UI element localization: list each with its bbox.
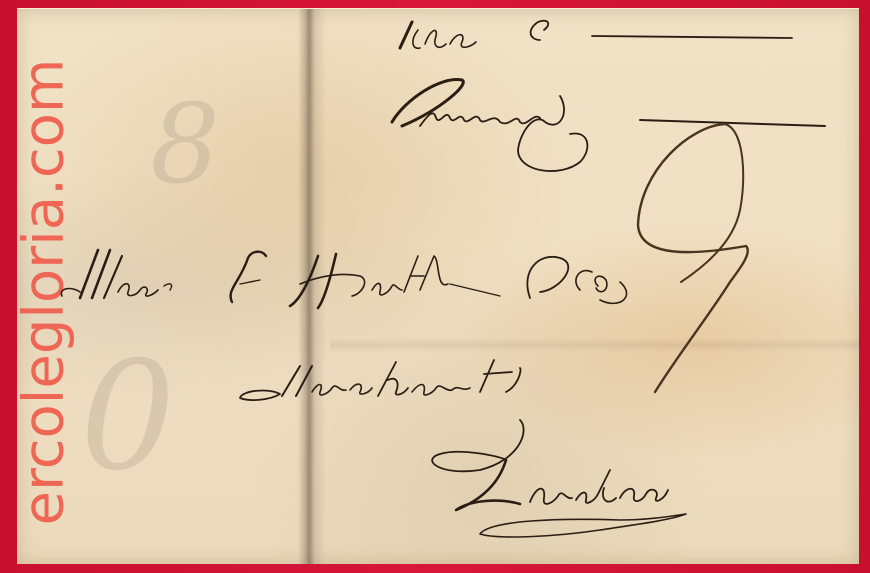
handwriting-strokes — [0, 0, 870, 573]
note-received — [400, 21, 792, 49]
rate-marking-9 — [638, 124, 748, 392]
note-answered — [392, 80, 825, 171]
address-line-1 — [61, 250, 626, 308]
address-line-2 — [240, 360, 520, 400]
address-line-3 — [432, 420, 686, 537]
